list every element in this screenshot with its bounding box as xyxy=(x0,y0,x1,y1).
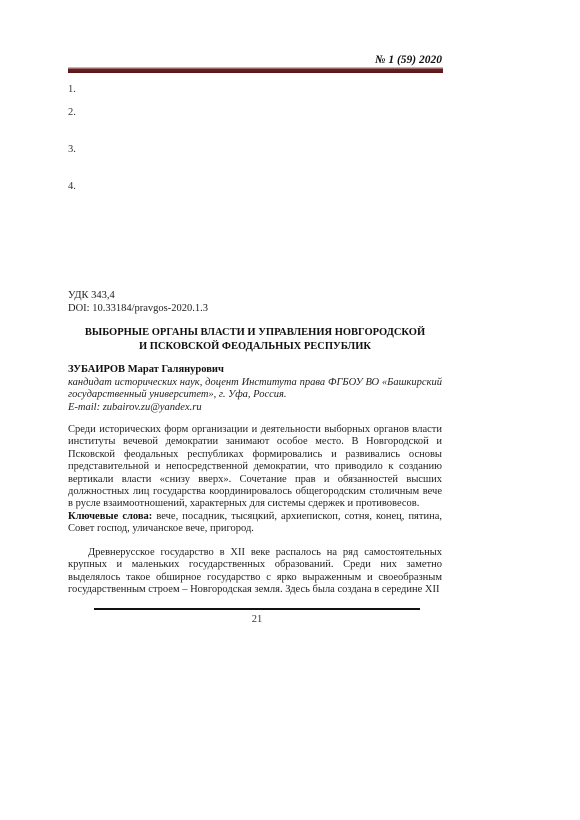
abstract-text: Среди исторических форм организации и де… xyxy=(68,424,442,509)
author-email[interactable]: E-mail: zubairov.zu@yandex.ru xyxy=(68,402,442,415)
footer-divider xyxy=(94,608,420,610)
author-affiliation: кандидат исторических наук, доцент Инсти… xyxy=(68,377,442,402)
list-number-4: 4. xyxy=(68,181,76,192)
abstract: Среди исторических форм организации и де… xyxy=(68,424,442,536)
list-number-1: 1. xyxy=(68,84,76,95)
page-number: 21 xyxy=(0,614,514,625)
list-number-3: 3. xyxy=(68,144,76,155)
author-block: ЗУБАИРОВ Марат Галянурович кандидат исто… xyxy=(68,364,442,414)
doi[interactable]: DOI: 10.33184/pravgos-2020.1.3 xyxy=(68,302,208,315)
title-line-2: И ПСКОВСКОЙ ФЕОДАЛЬНЫХ РЕСПУБЛИК xyxy=(68,340,442,354)
keywords-label: Ключевые слова: xyxy=(68,511,152,522)
article-meta: УДК 343,4 DOI: 10.33184/pravgos-2020.1.3 xyxy=(68,289,208,315)
body-paragraph: Древнерусское государство в XII веке рас… xyxy=(68,547,442,597)
title-line-1: ВЫБОРНЫЕ ОРГАНЫ ВЛАСТИ И УПРАВЛЕНИЯ НОВГ… xyxy=(68,326,442,340)
header-divider xyxy=(68,67,443,73)
udc-code: УДК 343,4 xyxy=(68,289,208,302)
list-number-2: 2. xyxy=(68,107,76,118)
article-title: ВЫБОРНЫЕ ОРГАНЫ ВЛАСТИ И УПРАВЛЕНИЯ НОВГ… xyxy=(68,326,442,354)
issue-number: № 1 (59) 2020 xyxy=(300,54,442,66)
author-name: ЗУБАИРОВ Марат Галянурович xyxy=(68,364,442,377)
